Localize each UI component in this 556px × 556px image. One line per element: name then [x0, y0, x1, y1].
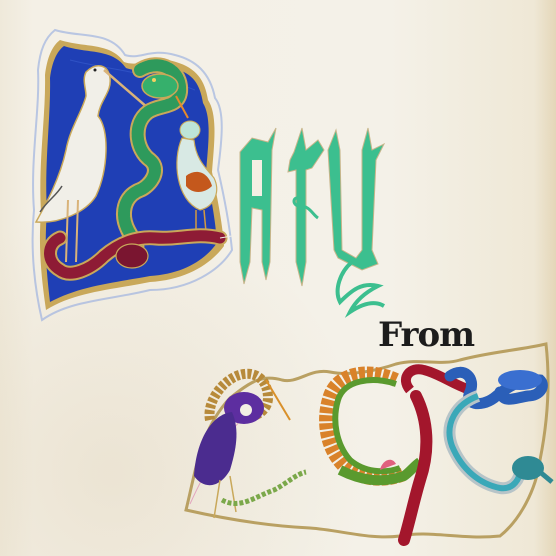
illumination-artwork: From: [0, 0, 556, 556]
heron-figure: [194, 374, 306, 518]
teal-serpent: [450, 396, 552, 488]
subtitle-from: From: [378, 315, 475, 355]
svg-text:From: From: [378, 315, 475, 355]
decorated-initial-lower: [186, 344, 552, 540]
manuscript-page: MARY From: [0, 0, 556, 556]
title-letters-ary: [240, 128, 384, 312]
illuminated-initial-m: [33, 30, 232, 320]
